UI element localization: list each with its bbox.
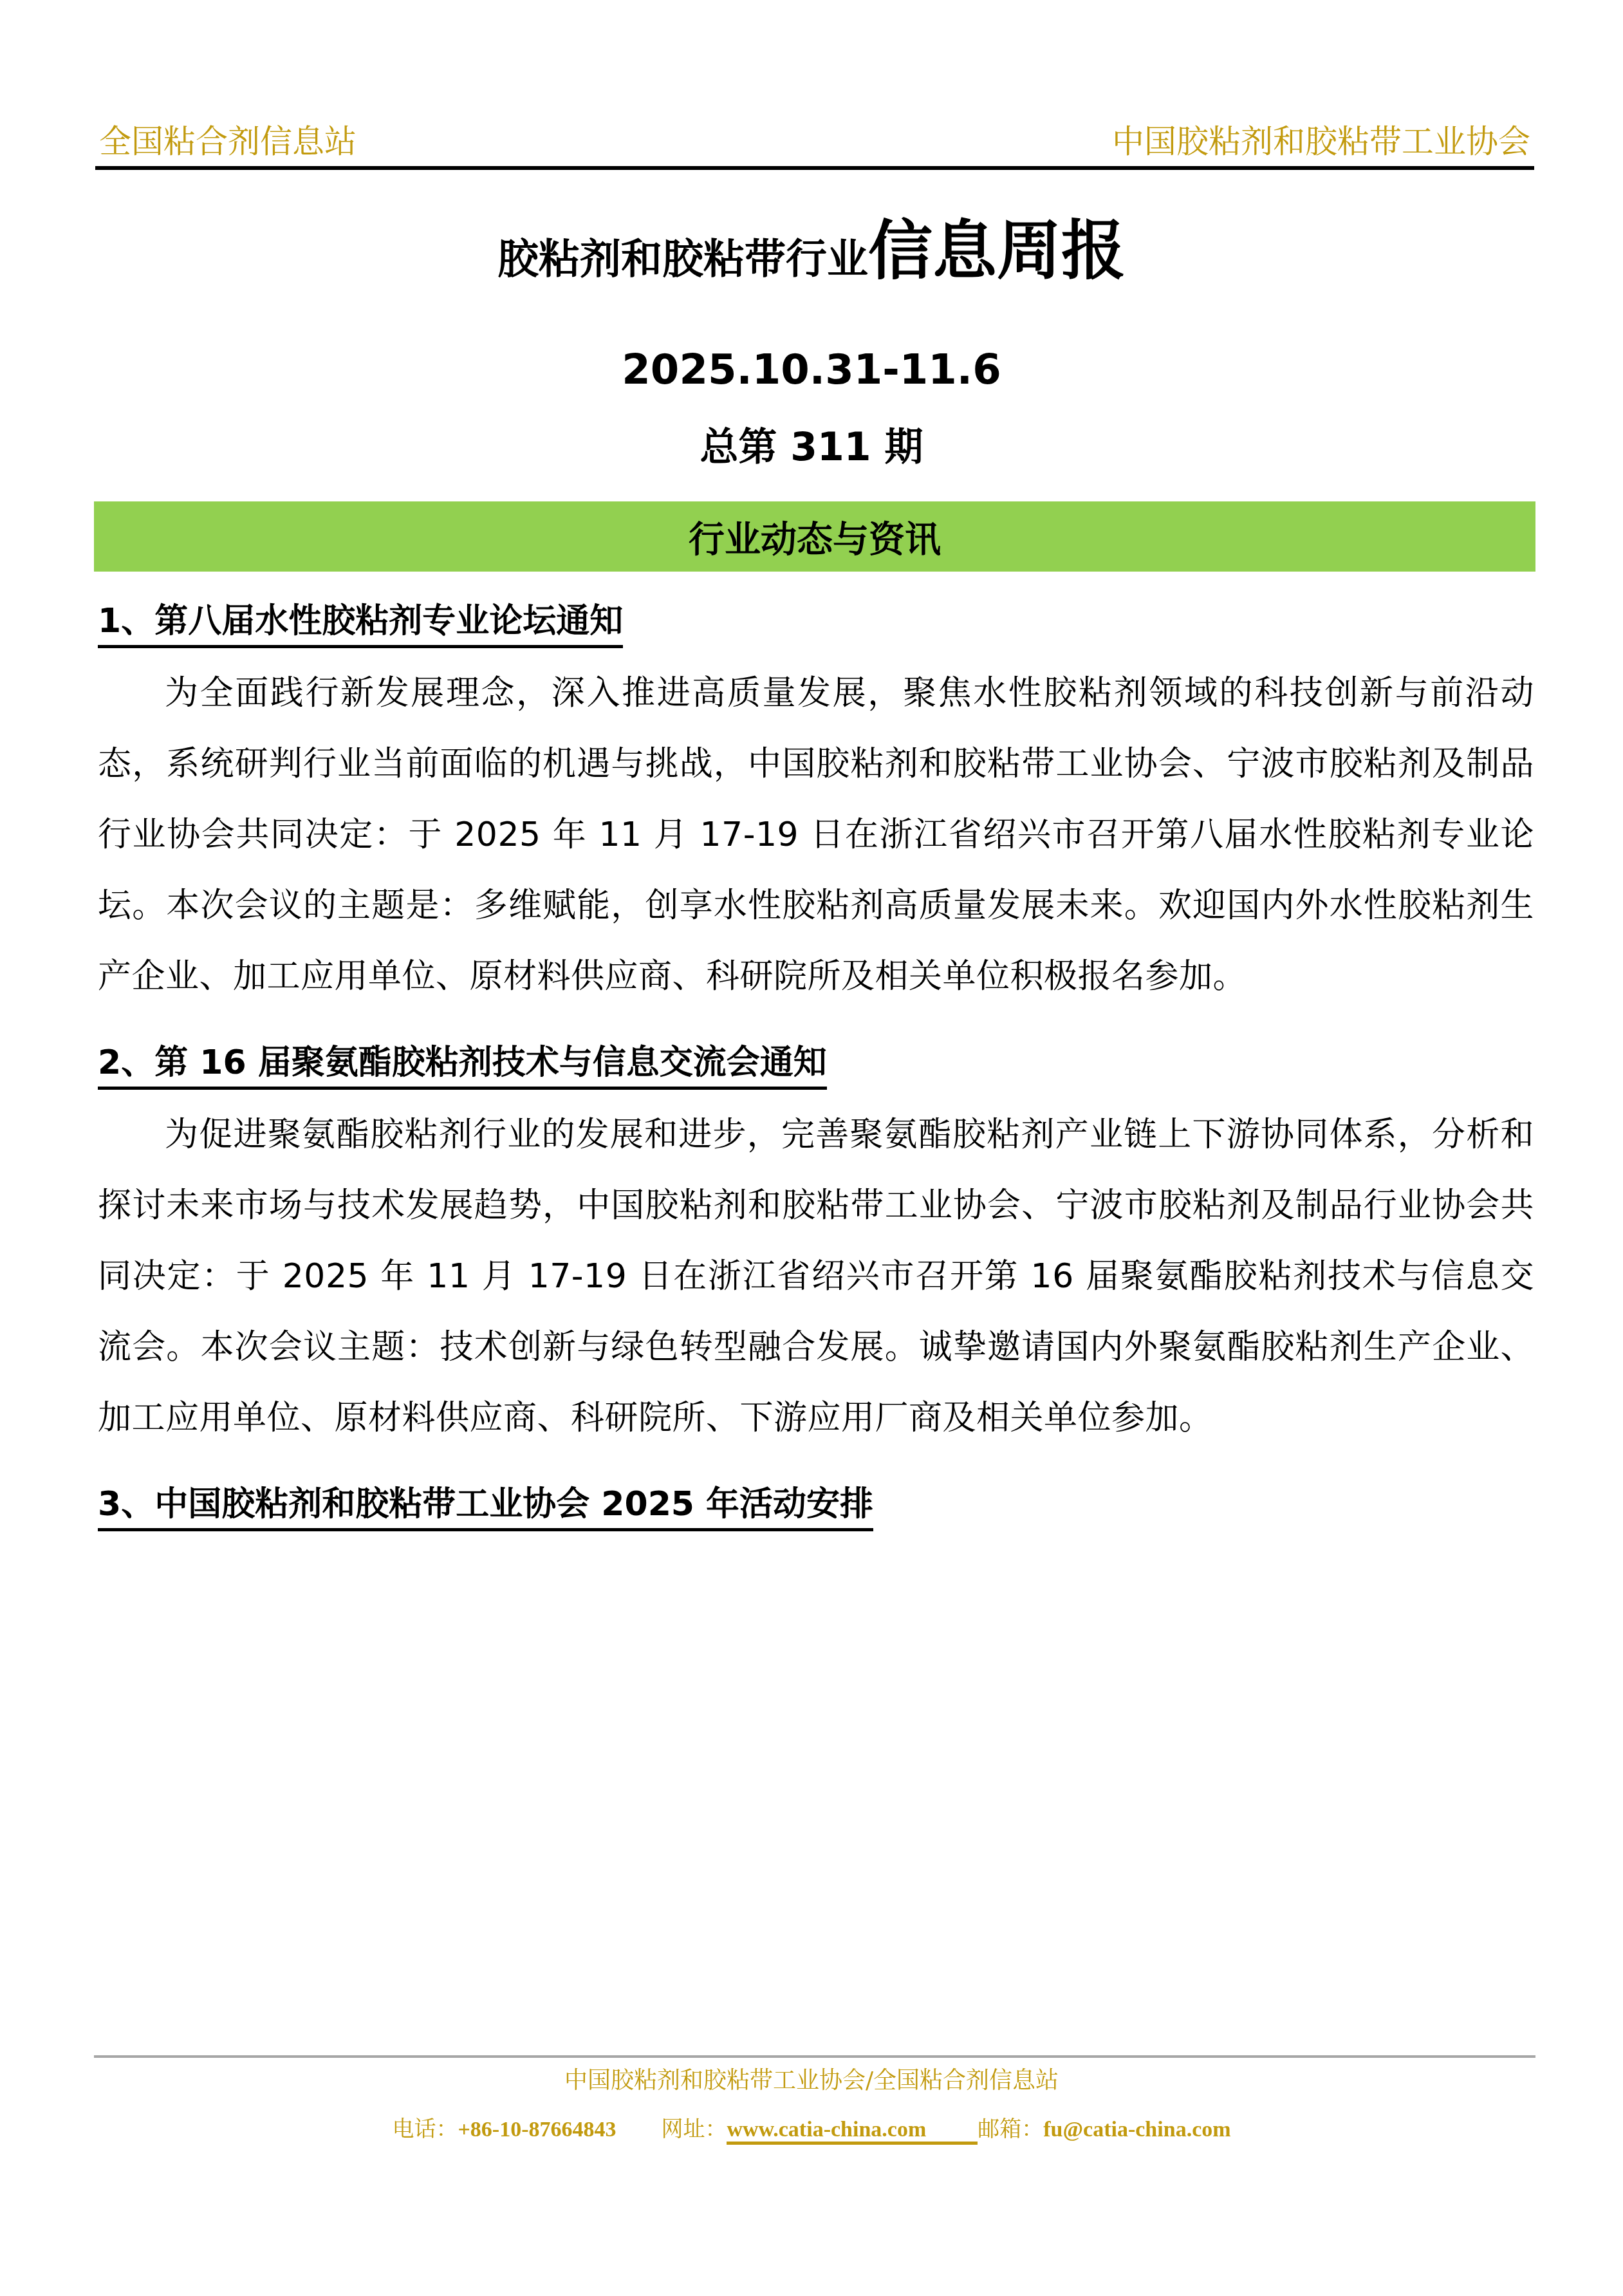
news-body-2: 为促进聚氨酯胶粘剂行业的发展和进步，完善聚氨酯胶粘剂产业链上下游协同体系，分析和…: [98, 1099, 1534, 1453]
section-banner: 行业动态与资讯: [94, 501, 1535, 572]
email-label: 邮箱：: [978, 2116, 1043, 2142]
website-link[interactable]: www.catia-china.com: [727, 2118, 978, 2145]
news-heading-2: 2、第 16 届聚氨酯胶粘剂技术与信息交流会通知: [98, 1040, 827, 1090]
news-body-1: 为全面践行新发展理念，深入推进高质量发展，聚焦水性胶粘剂领域的科技创新与前沿动态…: [98, 658, 1534, 1012]
page-header: 全国粘合剂信息站 中国胶粘剂和胶粘带工业协会: [95, 116, 1534, 170]
title-prefix: 胶粘剂和胶粘带行业: [497, 236, 868, 283]
news-heading-1: 1、第八届水性胶粘剂专业论坛通知: [98, 599, 623, 648]
section-title: 行业动态与资讯: [689, 511, 941, 563]
issue-number: 总第 311 期: [0, 422, 1623, 473]
phone-label: 电话：: [392, 2116, 458, 2142]
news-heading-3: 3、中国胶粘剂和胶粘带工业协会 2025 年活动安排: [98, 1482, 873, 1531]
footer-contact-line: 电话：+86-10-87664843网址：www.catia-china.com…: [0, 2111, 1623, 2148]
page-title: 胶粘剂和胶粘带行业信息周报: [0, 212, 1623, 308]
footer-org-line: 中国胶粘剂和胶粘带工业协会/全国粘合剂信息站: [0, 2063, 1623, 2099]
footer-divider: [94, 2055, 1535, 2058]
news-content: 1、第八届水性胶粘剂专业论坛通知 为全面践行新发展理念，深入推进高质量发展，聚焦…: [98, 599, 1534, 1541]
website-label: 网址：: [661, 2116, 727, 2142]
header-association-name: 中国胶粘剂和胶粘带工业协会: [1112, 121, 1530, 162]
title-main: 信息周报: [868, 213, 1126, 288]
date-range: 2025.10.31-11.6: [0, 344, 1623, 396]
email-address[interactable]: fu@catia-china.com: [1043, 2118, 1230, 2142]
phone-number: +86-10-87664843: [458, 2118, 616, 2142]
header-site-name: 全国粘合剂信息站: [99, 121, 357, 162]
